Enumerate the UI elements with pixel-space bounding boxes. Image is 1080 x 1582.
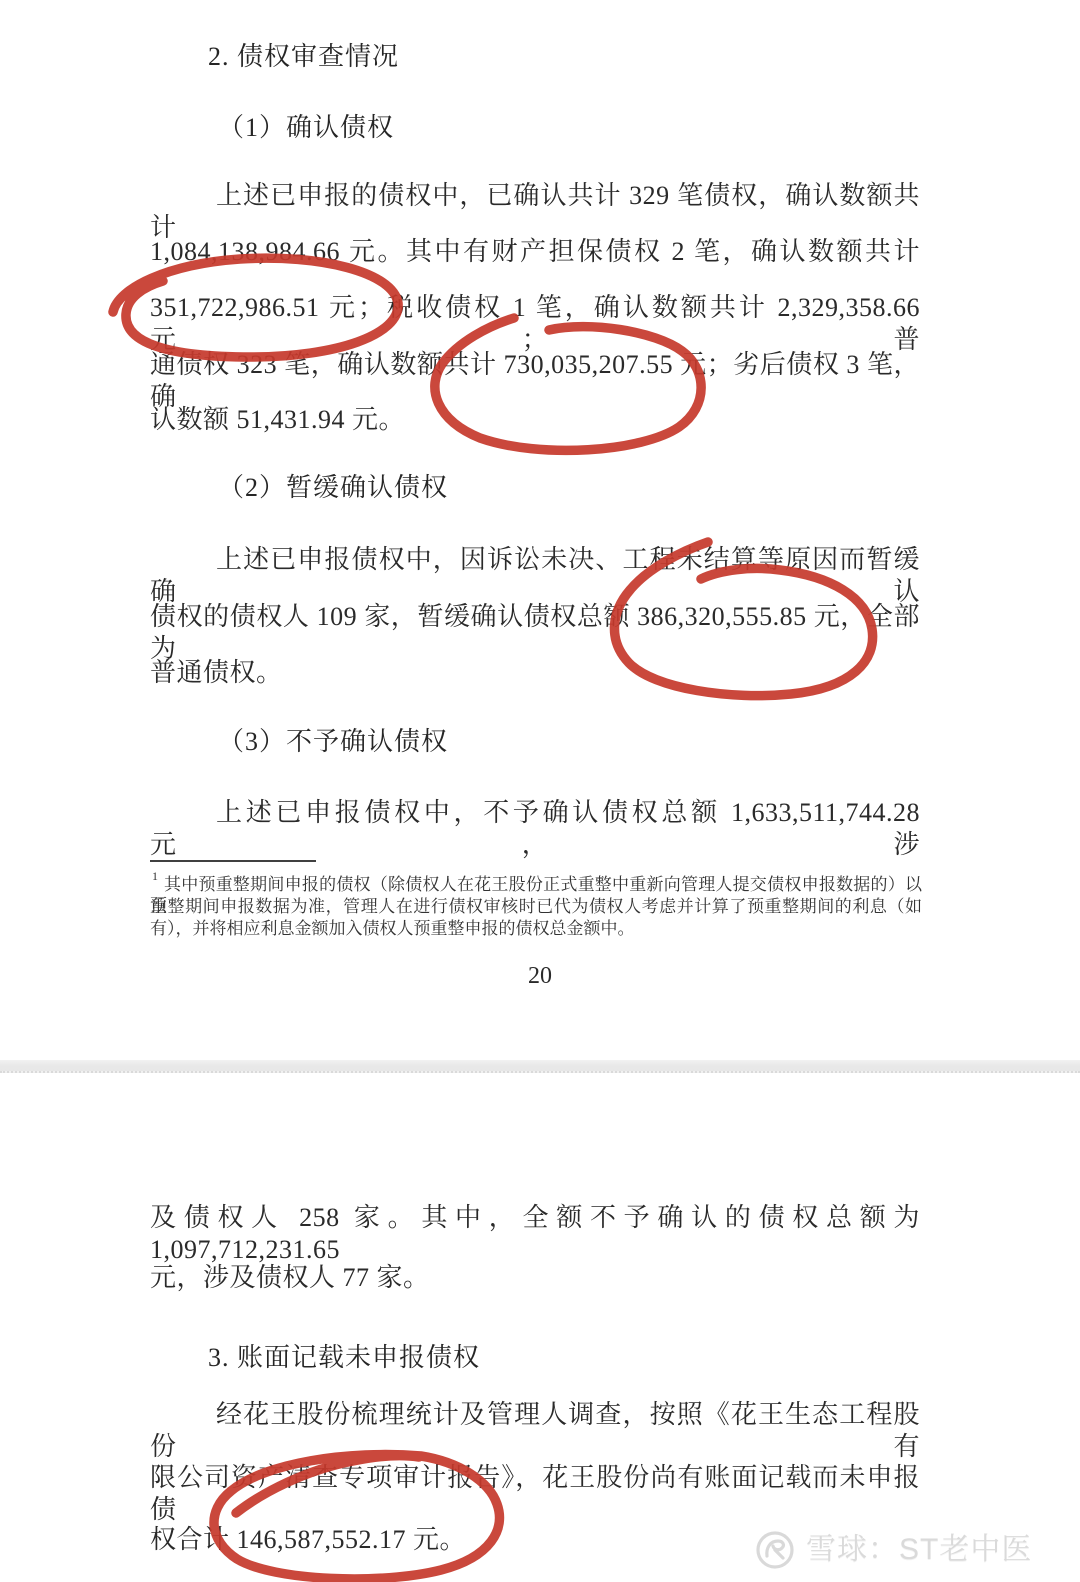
doc-line: 认数额 51,431.94 元。 [150, 404, 920, 436]
footnote-line: 有），并将相应利息金额加入债权人预重整申报的债权总金额中。 [150, 918, 922, 939]
section-heading-3: 3. 账面记载未申报债权 [208, 1342, 480, 1374]
sub-heading-3: （3）不予确认债权 [218, 726, 448, 758]
doc-line: 上述已申报的债权中，已确认共计 329 笔债权，确认数额共计 [150, 180, 920, 244]
doc-line: 限公司资产清查专项审计报告》，花王股份尚有账面记载而未申报债 [150, 1462, 920, 1526]
sub-heading-1: （1）确认债权 [218, 112, 394, 144]
doc-line: 1,084,138,984.66 元。其中有财产担保债权 2 笔，确认数额共计 [150, 236, 920, 268]
page-break-divider [0, 1060, 1080, 1073]
footnote-separator [150, 860, 316, 862]
sub-heading-2: （2）暂缓确认债权 [218, 472, 448, 504]
doc-line: 普通债权。 [150, 657, 920, 689]
xueqiu-watermark: 雪球：ST老中医 [754, 1528, 1032, 1572]
doc-line: 上述已申报债权中，不予确认债权总额 1,633,511,744.28 元，涉 [150, 797, 920, 861]
doc-line: 债权的债权人 109 家，暂缓确认债权总额 386,320,555.85 元，全… [150, 601, 920, 665]
doc-line: 351,722,986.51 元；税收债权 1 笔，确认数额共计 2,329,3… [150, 292, 920, 356]
doc-line: 上述已申报债权中，因诉讼未决、工程未结算等原因而暂缓确认 [150, 544, 920, 608]
document-page: 2. 债权审查情况 （1）确认债权 上述已申报的债权中，已确认共计 329 笔债… [0, 0, 1080, 1582]
doc-line: 及债权人 258 家。其中，全额不予确认的债权总额为 1,097,712,231… [150, 1202, 920, 1266]
section-heading-2: 2. 债权审查情况 [208, 41, 399, 73]
doc-line: 经花王股份梳理统计及管理人调查，按照《花王生态工程股份有 [150, 1399, 920, 1463]
page-number: 20 [0, 963, 1080, 990]
doc-line: 元，涉及债权人 77 家。 [150, 1262, 920, 1294]
xueqiu-logo-icon [754, 1529, 796, 1571]
watermark-text: 雪球：ST老中医 [806, 1528, 1032, 1572]
footnote-line: 重整期间申报数据为准，管理人在进行债权审核时已代为债权人考虑并计算了预重整期间的… [150, 896, 922, 917]
